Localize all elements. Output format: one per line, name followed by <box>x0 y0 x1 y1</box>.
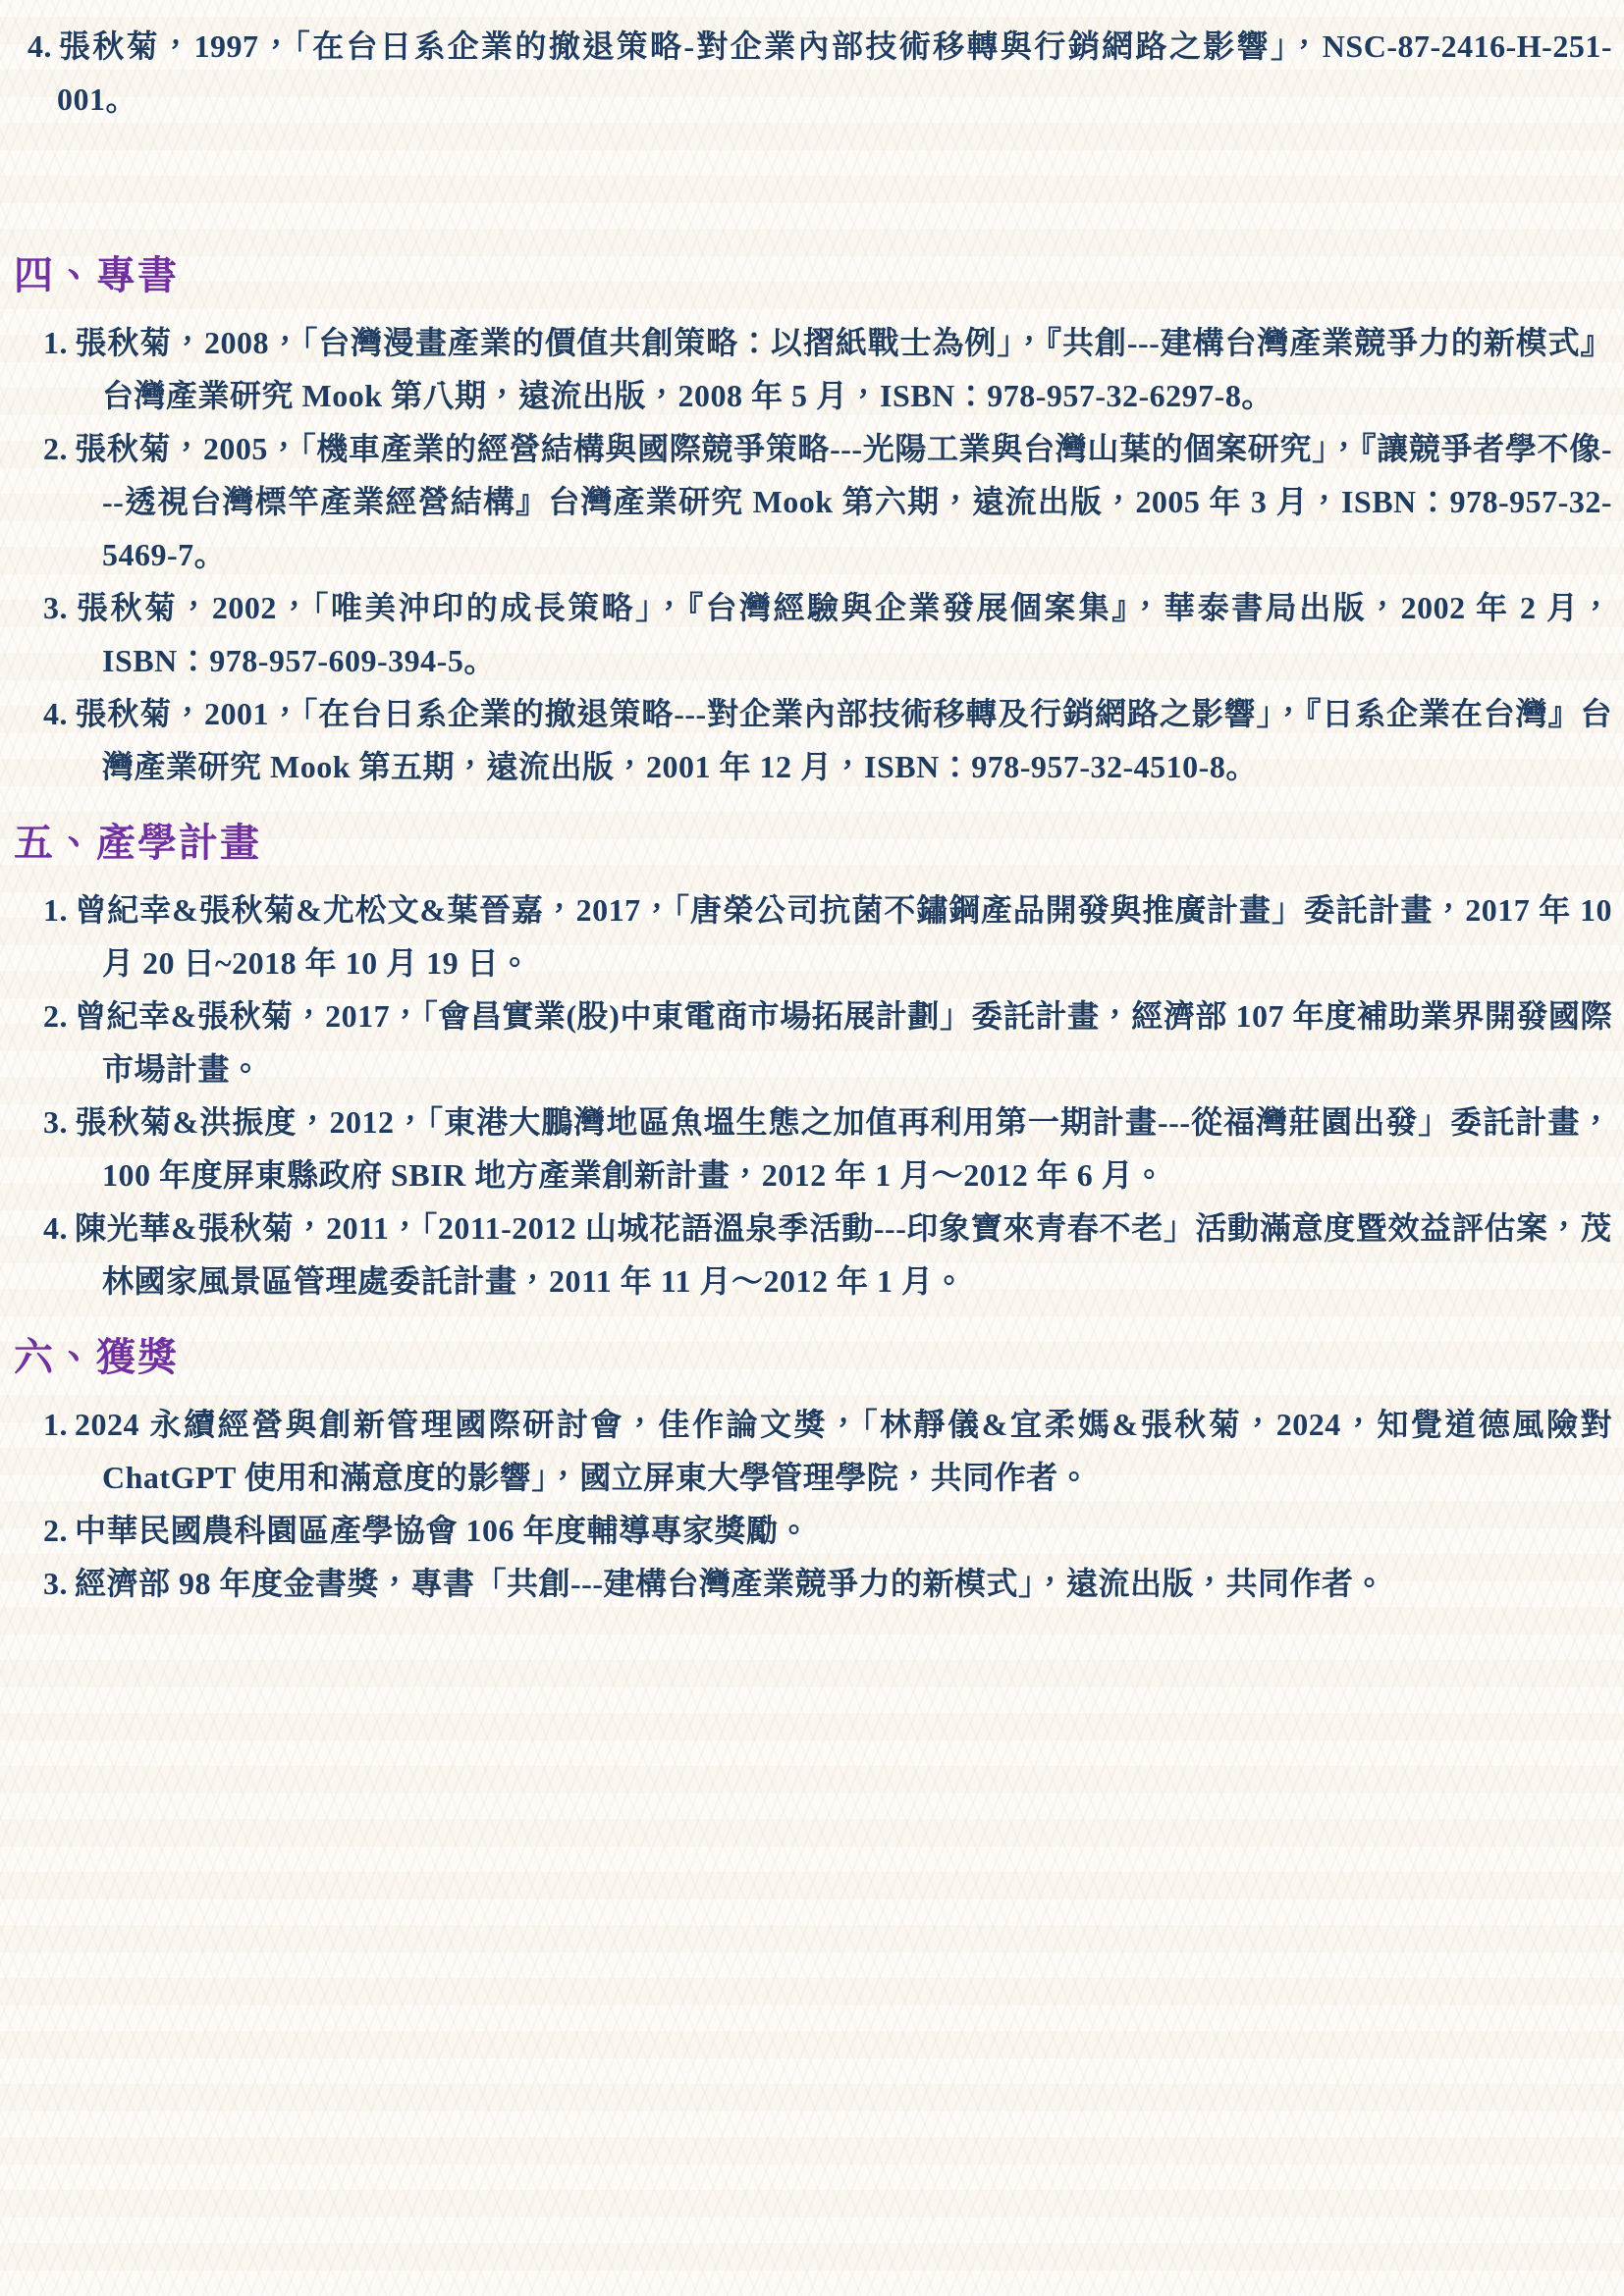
item-number: 2. <box>43 1504 75 1557</box>
list-item: 1.曾紀幸&張秋菊&尤松文&葉晉嘉，2017，「唐榮公司抗菌不鏽鋼產品開發與推廣… <box>102 883 1612 989</box>
carryover-list-item: 4.張秋菊，1997，「在台日系企業的撤退策略-對企業內部技術移轉與行銷網路之影… <box>27 20 1612 126</box>
item-text: 張秋菊，2005，「機車產業的經營結構與國際競爭策略---光陽工業與台灣山葉的個… <box>75 431 1612 572</box>
list-item: 2.曾紀幸&張秋菊，2017，「會昌實業(股)中東電商市場拓展計劃」委託計畫，經… <box>102 989 1612 1095</box>
item-text: 張秋菊，1997，「在台日系企業的撤退策略-對企業內部技術移轉與行銷網路之影響」… <box>57 28 1612 117</box>
item-number: 1. <box>43 316 75 369</box>
section-list: 1.曾紀幸&張秋菊&尤松文&葉晉嘉，2017，「唐榮公司抗菌不鏽鋼產品開發與推廣… <box>14 883 1612 1308</box>
item-text: 張秋菊&洪振度，2012，「東港大鵬灣地區魚塭生態之加值再利用第一期計畫---從… <box>75 1104 1612 1193</box>
section-list: 1.張秋菊，2008，「台灣漫畫產業的價值共創策略：以摺紙戰士為例」，『共創--… <box>14 316 1612 793</box>
list-item: 3.張秋菊，2002，「唯美沖印的成長策略」，『台灣經驗與企業發展個案集』，華泰… <box>102 581 1612 687</box>
section-heading: 六、獲獎 <box>14 1333 1612 1382</box>
item-number: 3. <box>43 581 75 634</box>
list-item: 2.張秋菊，2005，「機車產業的經營結構與國際競爭策略---光陽工業與台灣山葉… <box>102 422 1612 581</box>
list-item: 1.張秋菊，2008，「台灣漫畫產業的價值共創策略：以摺紙戰士為例」，『共創--… <box>102 316 1612 422</box>
document-section: 六、獲獎 1.2024 永續經營與創新管理國際研討會，佳作論文獎，「林靜儀&宜柔… <box>14 1333 1612 1610</box>
item-text: 中華民國農科園區產學協會 106 年度輔導專家獎勵。 <box>75 1513 810 1548</box>
item-number: 4. <box>43 687 75 740</box>
section-heading: 五、產學計畫 <box>14 819 1612 868</box>
section-heading: 四、專書 <box>14 251 1612 300</box>
item-text: 陳光華&張秋菊，2011，「2011-2012 山城花語溫泉季活動---印象寶來… <box>75 1210 1612 1299</box>
list-item: 4.張秋菊，2001，「在台日系企業的撤退策略---對企業內部技術移轉及行銷網路… <box>102 687 1612 793</box>
item-text: 曾紀幸&張秋菊，2017，「會昌實業(股)中東電商市場拓展計劃」委託計畫，經濟部… <box>75 998 1612 1087</box>
item-text: 2024 永續經營與創新管理國際研討會，佳作論文獎，「林靜儀&宜柔媽&張秋菊，2… <box>75 1407 1612 1495</box>
item-number: 2. <box>43 422 75 475</box>
section-list: 1.2024 永續經營與創新管理國際研討會，佳作論文獎，「林靜儀&宜柔媽&張秋菊… <box>14 1398 1612 1610</box>
item-text: 張秋菊，2002，「唯美沖印的成長策略」，『台灣經驗與企業發展個案集』，華泰書局… <box>75 590 1612 678</box>
item-text: 曾紀幸&張秋菊&尤松文&葉晉嘉，2017，「唐榮公司抗菌不鏽鋼產品開發與推廣計畫… <box>75 892 1612 981</box>
item-number: 1. <box>43 883 75 936</box>
list-item: 2.中華民國農科園區產學協會 106 年度輔導專家獎勵。 <box>102 1504 1612 1557</box>
item-number: 4. <box>43 1201 75 1255</box>
item-number: 3. <box>43 1095 75 1148</box>
list-item: 4.陳光華&張秋菊，2011，「2011-2012 山城花語溫泉季活動---印象… <box>102 1201 1612 1308</box>
item-number: 2. <box>43 989 75 1042</box>
sections-container: 四、專書 1.張秋菊，2008，「台灣漫畫產業的價值共創策略：以摺紙戰士為例」，… <box>14 251 1612 1610</box>
list-item: 3.經濟部 98 年度金書獎，專書「共創---建構台灣產業競爭力的新模式」，遠流… <box>102 1557 1612 1610</box>
document-section: 四、專書 1.張秋菊，2008，「台灣漫畫產業的價值共創策略：以摺紙戰士為例」，… <box>14 251 1612 793</box>
document-page: 4.張秋菊，1997，「在台日系企業的撤退策略-對企業內部技術移轉與行銷網路之影… <box>0 0 1624 2296</box>
item-text: 張秋菊，2001，「在台日系企業的撤退策略---對企業內部技術移轉及行銷網路之影… <box>75 696 1612 784</box>
item-number: 3. <box>43 1557 75 1610</box>
list-item: 3.張秋菊&洪振度，2012，「東港大鵬灣地區魚塭生態之加值再利用第一期計畫--… <box>102 1095 1612 1201</box>
item-number: 4. <box>27 20 57 73</box>
document-section: 五、產學計畫 1.曾紀幸&張秋菊&尤松文&葉晉嘉，2017，「唐榮公司抗菌不鏽鋼… <box>14 819 1612 1308</box>
item-text: 張秋菊，2008，「台灣漫畫產業的價值共創策略：以摺紙戰士為例」，『共創---建… <box>75 325 1612 413</box>
list-item: 1.2024 永續經營與創新管理國際研討會，佳作論文獎，「林靜儀&宜柔媽&張秋菊… <box>102 1398 1612 1504</box>
item-text: 經濟部 98 年度金書獎，專書「共創---建構台灣產業競爭力的新模式」，遠流出版… <box>75 1566 1385 1601</box>
item-number: 1. <box>43 1398 75 1451</box>
